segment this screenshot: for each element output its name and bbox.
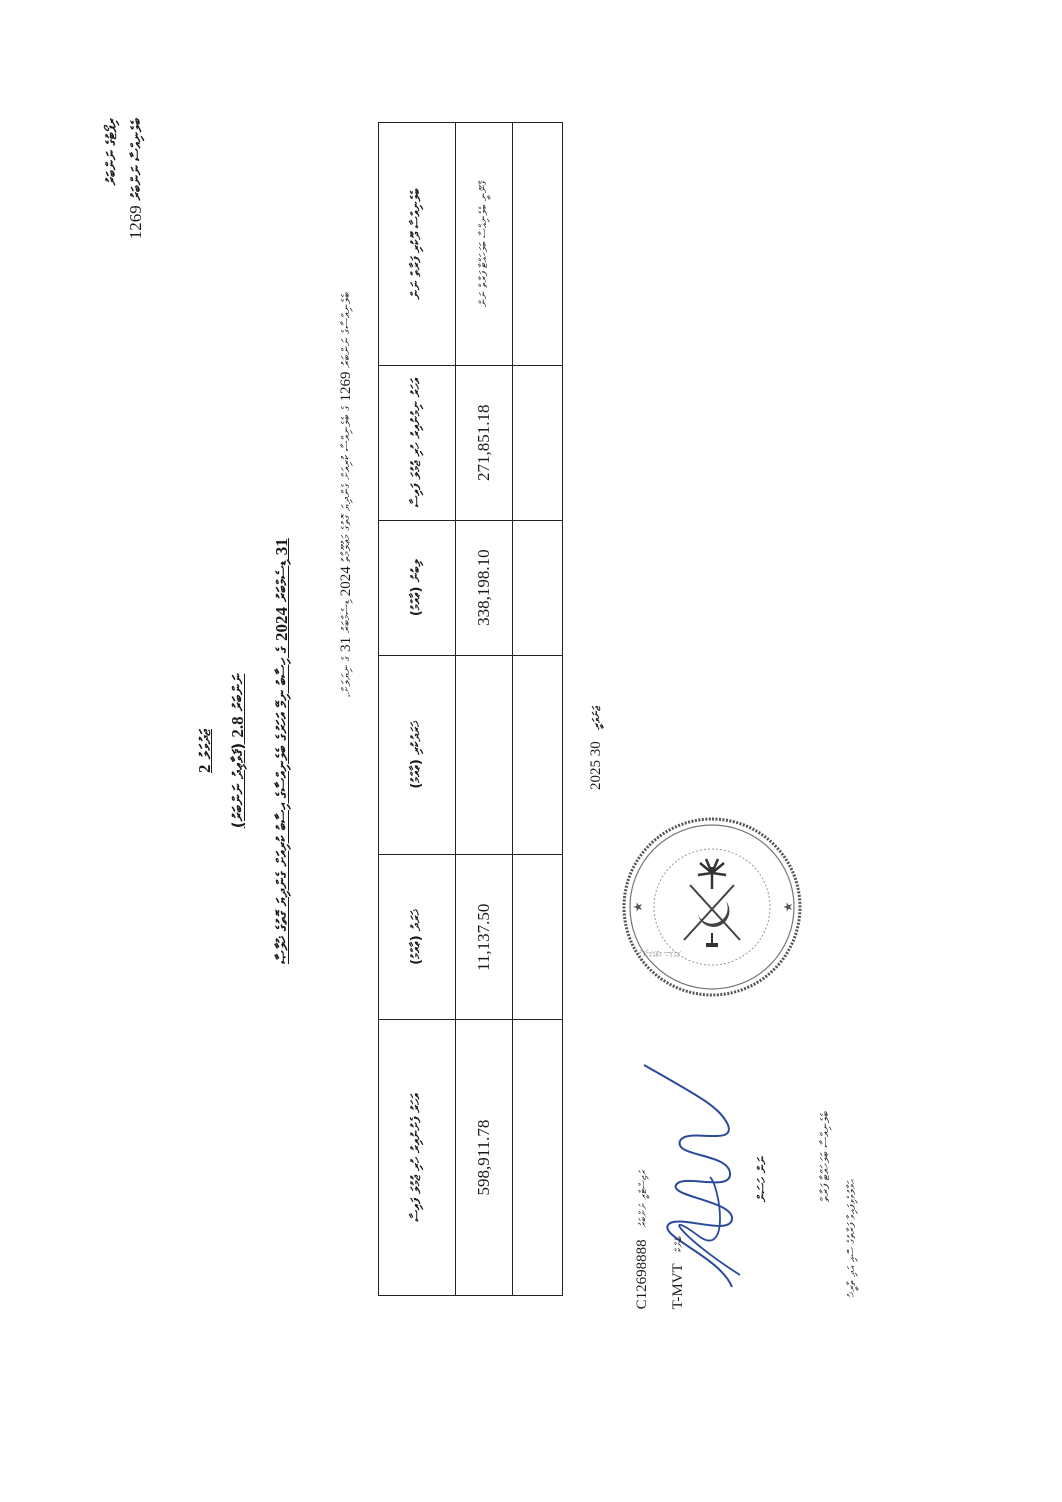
official-stamp: ★ ★ ދިވެހިރާ [620,815,804,999]
report-number-label: ރިޕޯޓުގެ ނަންބަރު [100,118,124,239]
table-cell: 598,911.78 [456,1020,513,1296]
table-cell: 271,851.18 [456,365,513,520]
regulation-suffix: ނަންބަރު [229,674,247,711]
document-page: ރިޕޯޓުގެ ނަންބަރު ބެލެނިއްސާ ނަންބަރު 12… [0,0,1062,1502]
table-cell [456,655,513,855]
table-cell [513,365,563,520]
table-cell: 338,198.10 [456,520,513,655]
date-day: 30 [588,741,604,756]
table-header-cell: ބެލެނިއްސާ ދޫކުރި ފަރާތް ނަން [379,123,456,366]
table-row-empty [513,123,563,1296]
trust-number-line: ބެލެނިއްސާ ނަންބަރު 1269 [124,118,149,239]
para-text-end: ގެ ނިޔަލަށް. [339,656,353,698]
main-day: 31 [272,538,291,555]
main-heading: 31 ޑިސެމްބަރު 2024 ގެ ހިސާބު ނިމޭ އަހަރު… [273,538,291,964]
table-header-cell: އަހަރު ނިމުނުއިރު ހުރި ޖުމުލަ ފައިސާ [379,365,456,520]
document-date: 2025 ޖަނަވަރީ 30 [588,698,605,790]
regulation-ref: 2.8 [228,716,247,737]
seal-emblem-icon: ★ ★ ދިވެހިރާ [620,815,804,999]
table-cell [513,1020,563,1296]
main-title: 31 ޑިސެމްބަރު 2024 ގެ ހިސާބު ނިމޭ އަހަރު… [272,0,292,1502]
schedule-heading: ޖަދުވަލު 2 [196,729,214,773]
para-text-mid2: ޑިސެމްބަރު [339,600,353,633]
trust-summary-table: ބެލެނިއްސާ ދޫކުރި ފަރާތް ނަން އަހަރު ނިމ… [378,122,563,1296]
table-row: ޤާނޫނީ ބެލެނިއްސާ ބަލަހައްޓާ ފަރާތް ނަން… [456,123,513,1296]
signer-name-value: ހަސަން [755,1177,769,1202]
table-header-cell: އަހަރު ފެށުނުއިރު ހުރި ޖުމުލަ ފައިސާ [379,1020,456,1296]
svg-text:★: ★ [781,902,795,913]
table-cell [513,855,563,1020]
reference-block: C12698888 ރަޖިސްޓްރީ ނަންބަރު T-MVT ބެން… [625,1170,697,1309]
table-cell [513,123,563,366]
table-header-cell: ޚަރަދު (ޢާއްމު) [379,855,456,1020]
table-cell [513,655,563,855]
table-header-cell: ޚަރަދުކުރި (ޢާއްމު) [379,655,456,855]
date-year: 2025 [588,760,604,790]
para-text-start: ބެލެނިއްސާގެ ނަންބަރު [339,292,353,368]
reference-value: T-MVT [670,1264,686,1310]
reference-row: T-MVT ބެންކް [661,1170,697,1309]
date-month: ޖަނަވަރީ [590,706,603,729]
signer-name-label: ނަން [755,1156,769,1173]
signer-name: ނަން ހަސަން [755,1156,770,1202]
trust-number-label: ބެލެނިއްސާ ނަންބަރު [129,118,145,200]
para-code: 1269 [338,371,354,401]
report-header: ރިޕޯޓުގެ ނަންބަރު ބެލެނިއްސާ ނަންބަރު 12… [100,118,149,239]
schedule-title: ޖަދުވަލު 2 [195,0,215,1502]
schedule-number: 2 [195,764,214,773]
table-header-cell: ލިބުނު (ޢާއްމު) [379,520,456,655]
table-header-row: ބެލެނިއްސާ ދޫކުރި ފަރާތް ނަން އަހަރު ނިމ… [379,123,456,1296]
table-cell: ޤާނޫނީ ބެލެނިއްސާ ބަލަހައްޓާ ފަރާތް ނަން [456,123,513,366]
reference-label: ބެންކް [674,1236,685,1252]
reference-label: ރަޖިސްޓްރީ ނަންބަރު [638,1170,649,1228]
trust-number: 1269 [126,205,145,239]
para-text-mid: ގެ ބެލެނިއްސާ ކުރިއަށް ގެންދިޔަ ގޮތުގެ މ… [339,405,353,562]
main-month: ޑިސެމްބަރު [273,560,291,601]
signer-org: ޙަވާލުވެވިފައިވާ ފަރާތުގެ ސޮއި އަދި ތާރީ… [845,1180,859,1298]
signer-title: ބެލެނިއްސާ ބަލަހައްޓާ ފަރާތް [818,1111,833,1202]
reference-value: C12698888 [634,1239,650,1309]
regulation-subtitle: ނަންބަރު 2.8 (ޤަވާޢިދު ނަންބަރު) [228,0,248,1502]
table-cell [513,520,563,655]
svg-text:★: ★ [631,902,645,913]
main-year: 2024 [272,607,291,641]
para-year: 2024 [338,566,354,596]
reference-row: C12698888 ރަޖިސްޓްރީ ނަންބަރު [625,1170,661,1309]
regulation-heading: ނަންބަރު 2.8 (ޤަވާޢިދު ނަންބަރު) [229,674,247,828]
regulation-prefix: (ޤަވާޢިދު ނަންބަރު) [229,743,247,828]
table-cell: 11,137.50 [456,855,513,1020]
svg-text:ދިވެހިރާއްޖޭގެ ސަރުކާރު: ދިވެހިރާއްޖޭގެ ސަރުކާރު [638,949,681,958]
para-day: 31 [338,637,354,652]
main-text: ގެ ހިސާބު ނިމޭ އަހަރުގެ ބެލެނިއްސާގެ ޙިސ… [273,646,291,964]
schedule-label: ޖަދުވަލު [196,729,214,759]
intro-paragraph: ބެލެނިއްސާގެ ނަންބަރު 1269 ގެ ބެލެނިއްސާ… [338,292,355,698]
